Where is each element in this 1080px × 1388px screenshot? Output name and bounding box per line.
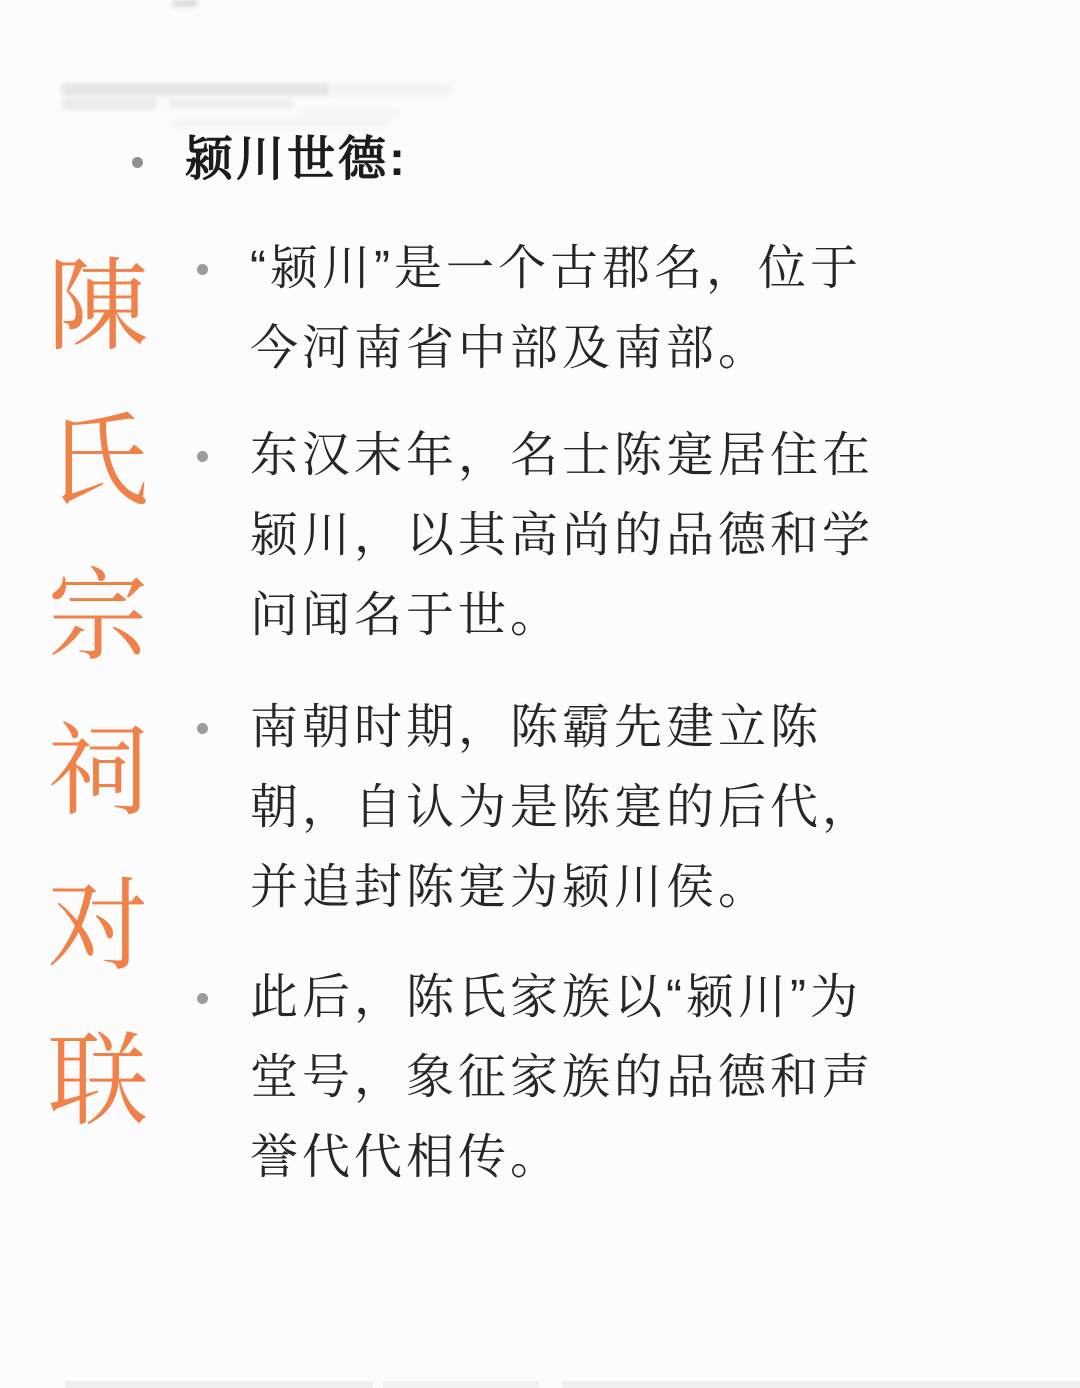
paragraph-line: 此后，陈氏家族以“颍川”为: [250, 958, 970, 1038]
bullet-dot-icon: [197, 451, 208, 462]
paragraph-line: 朝，自认为是陈寔的后代，: [250, 768, 970, 848]
paragraph-line: 颍川，以其高尚的品德和学: [250, 496, 970, 576]
blur-artifact-strip-1: [62, 83, 330, 96]
bottom-edge-strip: [383, 1381, 539, 1388]
blur-artifact-strip-3: [168, 98, 293, 109]
bullet-paragraph: 东汉末年，名士陈寔居住在 颍川，以其高尚的品德和学 问闻名于世。: [250, 416, 970, 656]
paragraph-line: 堂号，象征家族的品德和声: [250, 1038, 970, 1118]
paragraph-line: 并追封陈寔为颍川侯。: [250, 848, 970, 928]
side-title-char: 祠: [40, 695, 156, 850]
paragraph-line: 誉代代相传。: [250, 1118, 970, 1198]
bullet-dot-icon: [132, 157, 143, 168]
bullet-dot-icon: [197, 264, 208, 275]
paragraph-line: “颍川”是一个古郡名，位于: [250, 229, 970, 309]
paragraph-line: 今河南省中部及南部。: [250, 309, 970, 389]
paragraph-line: 问闻名于世。: [250, 576, 970, 656]
blur-artifact-top-smudge: [172, 0, 198, 7]
page: 陳 氏 宗 祠 对 联 颍川世德: “颍川”是一个古郡名，位于 今河南省中部及南…: [0, 0, 1080, 1388]
bullet-dot-icon: [197, 723, 208, 734]
paragraph-line: 南朝时期，陈霸先建立陈: [250, 688, 970, 768]
side-title-char: 联: [40, 1005, 156, 1160]
blur-artifact-strip-6: [173, 119, 388, 128]
side-title-char: 氏: [40, 385, 156, 540]
side-title-char: 陳: [40, 230, 156, 385]
side-title-char: 对: [40, 850, 156, 1005]
bullet-paragraph: “颍川”是一个古郡名，位于 今河南省中部及南部。: [250, 229, 970, 389]
section-heading: 颍川世德:: [185, 130, 408, 190]
bullet-dot-icon: [197, 993, 208, 1004]
blur-artifact-strip-4: [330, 84, 452, 96]
side-vertical-title: 陳 氏 宗 祠 对 联: [40, 230, 156, 1160]
bullet-paragraph: 此后，陈氏家族以“颍川”为 堂号，象征家族的品德和声 誉代代相传。: [250, 958, 970, 1198]
bullet-paragraph: 南朝时期，陈霸先建立陈 朝，自认为是陈寔的后代， 并追封陈寔为颍川侯。: [250, 688, 970, 928]
side-title-char: 宗: [40, 540, 156, 695]
bottom-edge-strip: [562, 1381, 1080, 1388]
blur-artifact-strip-5: [300, 110, 400, 118]
blur-artifact-strip-2: [62, 97, 157, 110]
bottom-edge-strip: [65, 1381, 373, 1388]
paragraph-line: 东汉末年，名士陈寔居住在: [250, 416, 970, 496]
